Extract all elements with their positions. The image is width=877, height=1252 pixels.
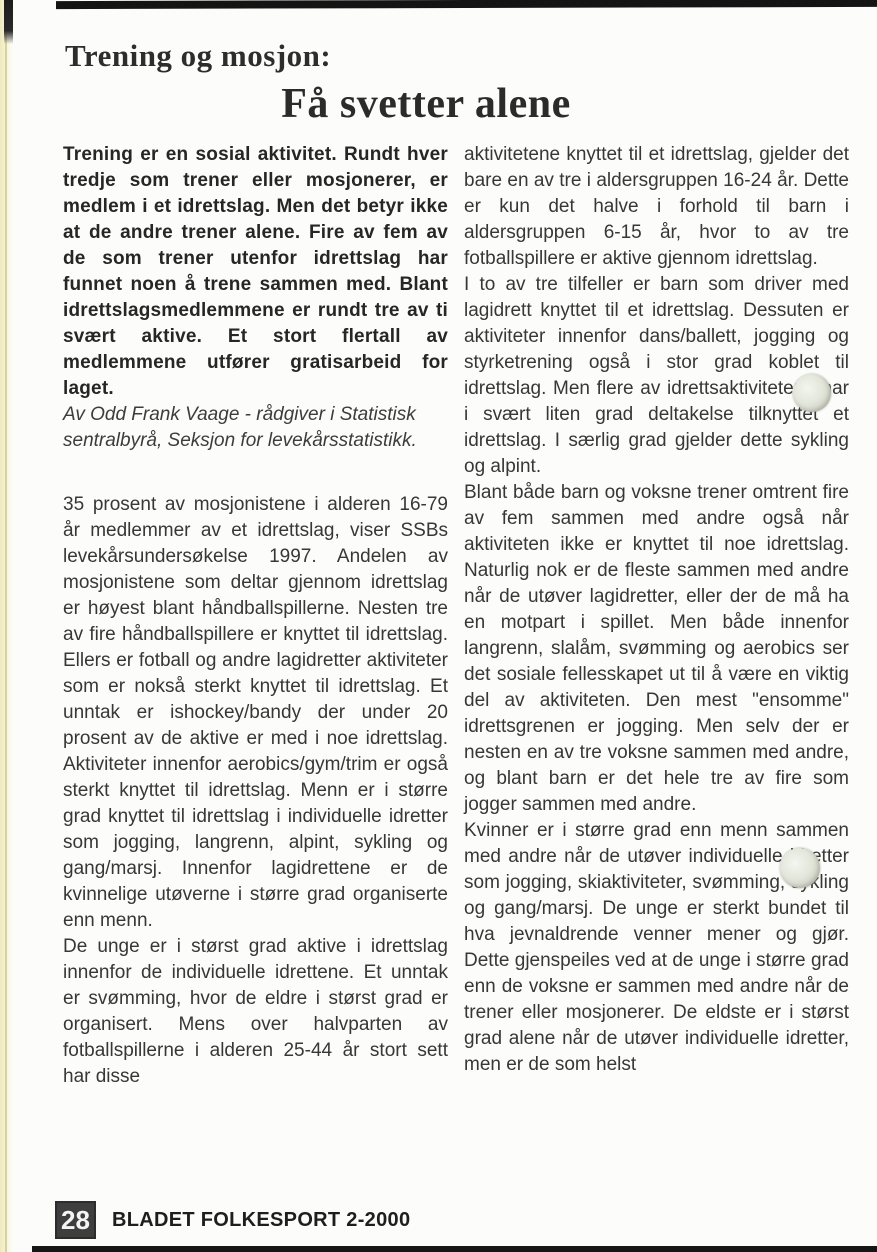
article-content: Trening og mosjon: Få svetter alene Tren… xyxy=(63,38,849,1090)
body-paragraph: De unge er i størst grad aktive i idrett… xyxy=(63,934,448,1090)
body-paragraph: I to av tre tilfeller er barn som driver… xyxy=(464,272,849,480)
article-kicker: Trening og mosjon: xyxy=(65,38,849,74)
byline: Av Odd Frank Vaage - rådgiver i Statisti… xyxy=(63,402,448,454)
right-column: aktivitetene knyttet til et idrettslag, … xyxy=(464,142,849,1090)
lead-paragraph: Trening er en sosial aktivitet. Rundt hv… xyxy=(63,142,448,402)
body-paragraph: 35 prosent av mosjonistene i alderen 16-… xyxy=(63,492,448,934)
hole-punch-artifact xyxy=(793,374,831,412)
left-column: Trening er en sosial aktivitet. Rundt hv… xyxy=(63,142,448,1090)
top-border-bar xyxy=(56,0,877,9)
page-footer: 28 BLADET FOLKESPORT 2-2000 xyxy=(55,1200,410,1240)
page-number-badge: 28 xyxy=(55,1201,96,1239)
body-paragraph: aktivitetene knyttet til et idrettslag, … xyxy=(464,142,849,272)
hole-punch-artifact xyxy=(780,848,820,888)
text-columns: Trening er en sosial aktivitet. Rundt hv… xyxy=(63,142,849,1090)
scan-edge-strip xyxy=(0,0,14,1252)
scan-edge-line xyxy=(5,0,7,1252)
scan-corner-mark xyxy=(4,0,13,44)
article-headline: Få svetter alene xyxy=(63,80,789,128)
bottom-border-bar xyxy=(32,1246,877,1252)
body-paragraph: Blant både barn og voksne trener omtrent… xyxy=(464,480,849,818)
publication-title: BLADET FOLKESPORT 2-2000 xyxy=(112,1209,410,1232)
